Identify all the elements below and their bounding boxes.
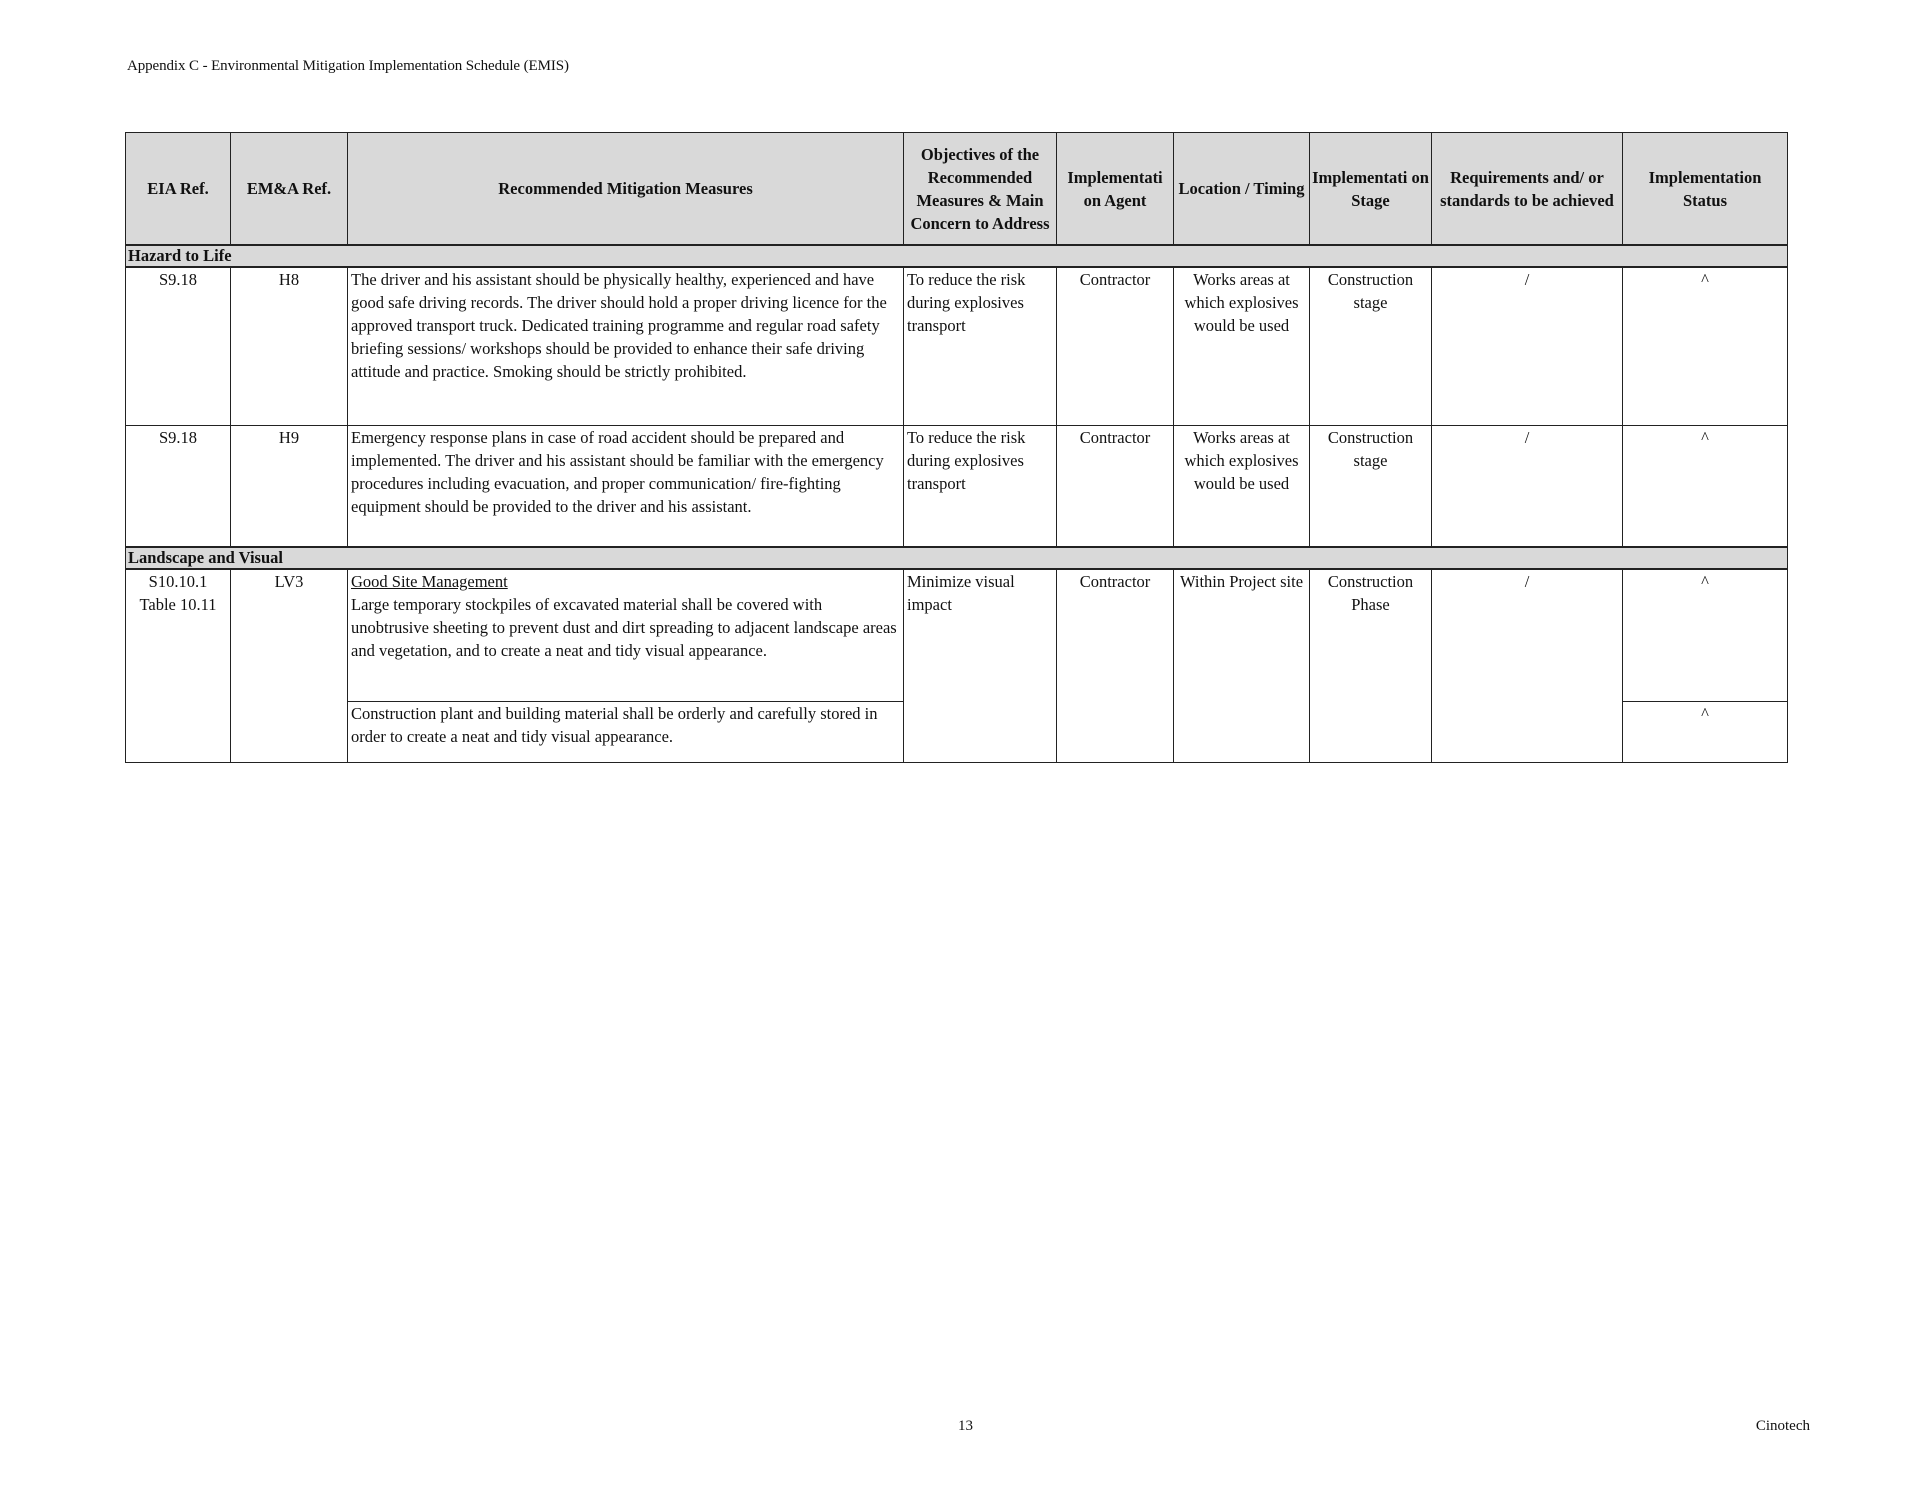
cell-agent: Contractor xyxy=(1057,267,1174,426)
col-header-ema-ref: EM&A Ref. xyxy=(231,133,348,246)
measures-heading: Good Site Management xyxy=(351,570,900,593)
col-header-objectives: Objectives of the Recommended Measures &… xyxy=(904,133,1057,246)
col-header-requirements: Requirements and/ or standards to be ach… xyxy=(1432,133,1623,246)
cell-agent: Contractor xyxy=(1057,569,1174,763)
cell-location: Works areas at which explosives would be… xyxy=(1174,426,1310,548)
section-title: Landscape and Visual xyxy=(126,547,1788,569)
cell-status: ^ xyxy=(1623,267,1788,426)
cell-eia-ref: S9.18 xyxy=(126,267,231,426)
section-title: Hazard to Life xyxy=(126,245,1788,267)
cell-requirements: / xyxy=(1432,267,1623,426)
page-header-title: Appendix C - Environmental Mitigation Im… xyxy=(127,58,569,75)
col-header-measures: Recommended Mitigation Measures xyxy=(348,133,904,246)
eia-ref-line-2: Table 10.11 xyxy=(129,593,227,616)
cell-ema-ref: H8 xyxy=(231,267,348,426)
cell-objectives: To reduce the risk during explosives tra… xyxy=(904,267,1057,426)
col-header-stage: Implementati on Stage xyxy=(1310,133,1432,246)
cell-ema-ref: LV3 xyxy=(231,569,348,763)
cell-objectives: To reduce the risk during explosives tra… xyxy=(904,426,1057,548)
cell-eia-ref: S9.18 xyxy=(126,426,231,548)
page-number: 13 xyxy=(958,1418,973,1435)
footer-company: Cinotech xyxy=(1756,1418,1810,1435)
cell-status: ^ xyxy=(1623,569,1788,702)
table-row: S9.18 H8 The driver and his assistant sh… xyxy=(126,267,1788,426)
cell-agent: Contractor xyxy=(1057,426,1174,548)
cell-requirements: / xyxy=(1432,426,1623,548)
col-header-status: Implementation Status xyxy=(1623,133,1788,246)
cell-measures: The driver and his assistant should be p… xyxy=(348,267,904,426)
cell-stage: Construction stage xyxy=(1310,426,1432,548)
cell-status: ^ xyxy=(1623,702,1788,763)
cell-ema-ref: H9 xyxy=(231,426,348,548)
cell-measures: Good Site Management Large temporary sto… xyxy=(348,569,904,702)
cell-objectives: Minimize visual impact xyxy=(904,569,1057,763)
table-row: S9.18 H9 Emergency response plans in cas… xyxy=(126,426,1788,548)
section-row-hazard-to-life: Hazard to Life xyxy=(126,245,1788,267)
table-row: S10.10.1 Table 10.11 LV3 Good Site Manag… xyxy=(126,569,1788,702)
col-header-agent: Implementati on Agent xyxy=(1057,133,1174,246)
col-header-location: Location / Timing xyxy=(1174,133,1310,246)
table-header-row: EIA Ref. EM&A Ref. Recommended Mitigatio… xyxy=(126,133,1788,246)
cell-location: Works areas at which explosives would be… xyxy=(1174,267,1310,426)
section-row-landscape-and-visual: Landscape and Visual xyxy=(126,547,1788,569)
cell-eia-ref: S10.10.1 Table 10.11 xyxy=(126,569,231,763)
eia-ref-line-1: S10.10.1 xyxy=(129,570,227,593)
measures-text: Large temporary stockpiles of excavated … xyxy=(351,593,900,662)
cell-stage: Construction Phase xyxy=(1310,569,1432,763)
emis-table: EIA Ref. EM&A Ref. Recommended Mitigatio… xyxy=(125,132,1788,763)
col-header-eia-ref: EIA Ref. xyxy=(126,133,231,246)
cell-location: Within Project site xyxy=(1174,569,1310,763)
cell-requirements: / xyxy=(1432,569,1623,763)
cell-status: ^ xyxy=(1623,426,1788,548)
cell-measures: Emergency response plans in case of road… xyxy=(348,426,904,548)
cell-measures: Construction plant and building material… xyxy=(348,702,904,763)
cell-stage: Construction stage xyxy=(1310,267,1432,426)
